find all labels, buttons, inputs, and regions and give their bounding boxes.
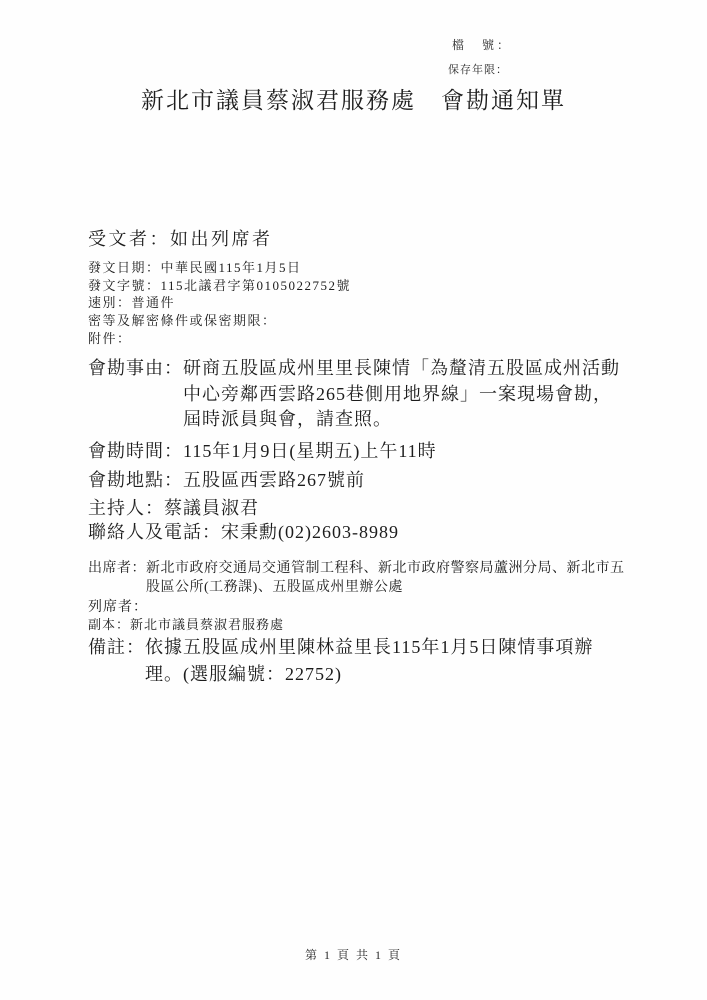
host-value: 蔡議員淑君 — [164, 498, 259, 518]
host-row: 主持人：蔡議員淑君 — [88, 494, 259, 520]
file-number-label: 檔 號： — [452, 36, 512, 53]
notice-document-page: 檔 號： 保存年限： 新北市議員蔡淑君服務處 會勘通知單 受文者：如出列席者 發… — [0, 0, 707, 1000]
recipient-row: 受文者：如出列席者 — [88, 225, 273, 251]
inspection-subject-value: 研商五股區成州里里長陳情「為釐清五股區成州活動 中心旁鄰西雲路265巷側用地界線… — [183, 356, 620, 433]
recipient-label: 受文者： — [88, 229, 170, 249]
page-number-footer: 第 1 頁 共 1 頁 — [0, 946, 707, 963]
host-label: 主持人： — [88, 498, 164, 518]
attendees-label: 出席者： — [88, 560, 146, 579]
security-class-line: 密等及解密條件或保密期限： — [88, 312, 351, 330]
observers-row: 列席者： — [88, 596, 148, 616]
contact-label: 聯絡人及電話： — [88, 522, 221, 542]
remarks-label: 備註： — [88, 634, 145, 661]
issue-date-line: 發文日期：中華民國115年1月5日 — [88, 259, 351, 277]
attendees-row: 出席者： 新北市政府交通局交通管制工程科、新北市政府警察局蘆洲分局、新北市五 股… — [88, 560, 658, 597]
remarks-row: 備註： 依據五股區成州里陳林益里長115年1月5日陳情事項辦 理。(選服編號：2… — [88, 634, 648, 688]
contact-value: 宋秉勳(02)2603-8989 — [221, 522, 399, 542]
retention-period-label: 保存年限： — [448, 61, 508, 77]
inspection-place-row: 會勘地點：五股區西雲路267號前 — [88, 466, 365, 492]
attendees-value: 新北市政府交通局交通管制工程科、新北市政府警察局蘆洲分局、新北市五 股區公所(工… — [146, 560, 625, 597]
inspection-time-row: 會勘時間：115年1月9日(星期五)上午11時 — [88, 437, 437, 463]
inspection-time-value: 115年1月9日(星期五)上午11時 — [183, 441, 437, 461]
recipient-value: 如出列席者 — [170, 229, 273, 249]
inspection-subject-label: 會勘事由： — [88, 356, 183, 382]
inspection-place-label: 會勘地點： — [88, 470, 183, 490]
inspection-subject-row: 會勘事由： 研商五股區成州里里長陳情「為釐清五股區成州活動 中心旁鄰西雲路265… — [88, 356, 668, 433]
page-title: 新北市議員蔡淑君服務處 會勘通知單 — [0, 82, 707, 115]
contact-row: 聯絡人及電話：宋秉勳(02)2603-8989 — [88, 518, 399, 544]
carbon-copy-row: 副本：新北市議員蔡淑君服務處 — [88, 614, 284, 633]
attachment-line: 附件： — [88, 330, 351, 348]
meta-block: 發文日期：中華民國115年1月5日 發文字號：115北議君字第010502275… — [88, 259, 351, 348]
carbon-copy-label: 副本： — [88, 617, 130, 632]
speed-class-line: 速別：普通件 — [88, 294, 351, 312]
inspection-time-label: 會勘時間： — [88, 441, 183, 461]
remarks-value: 依據五股區成州里陳林益里長115年1月5日陳情事項辦 理。(選服編號：22752… — [145, 634, 593, 688]
inspection-place-value: 五股區西雲路267號前 — [183, 470, 365, 490]
issue-number-line: 發文字號：115北議君字第0105022752號 — [88, 277, 351, 295]
carbon-copy-value: 新北市議員蔡淑君服務處 — [130, 617, 284, 632]
